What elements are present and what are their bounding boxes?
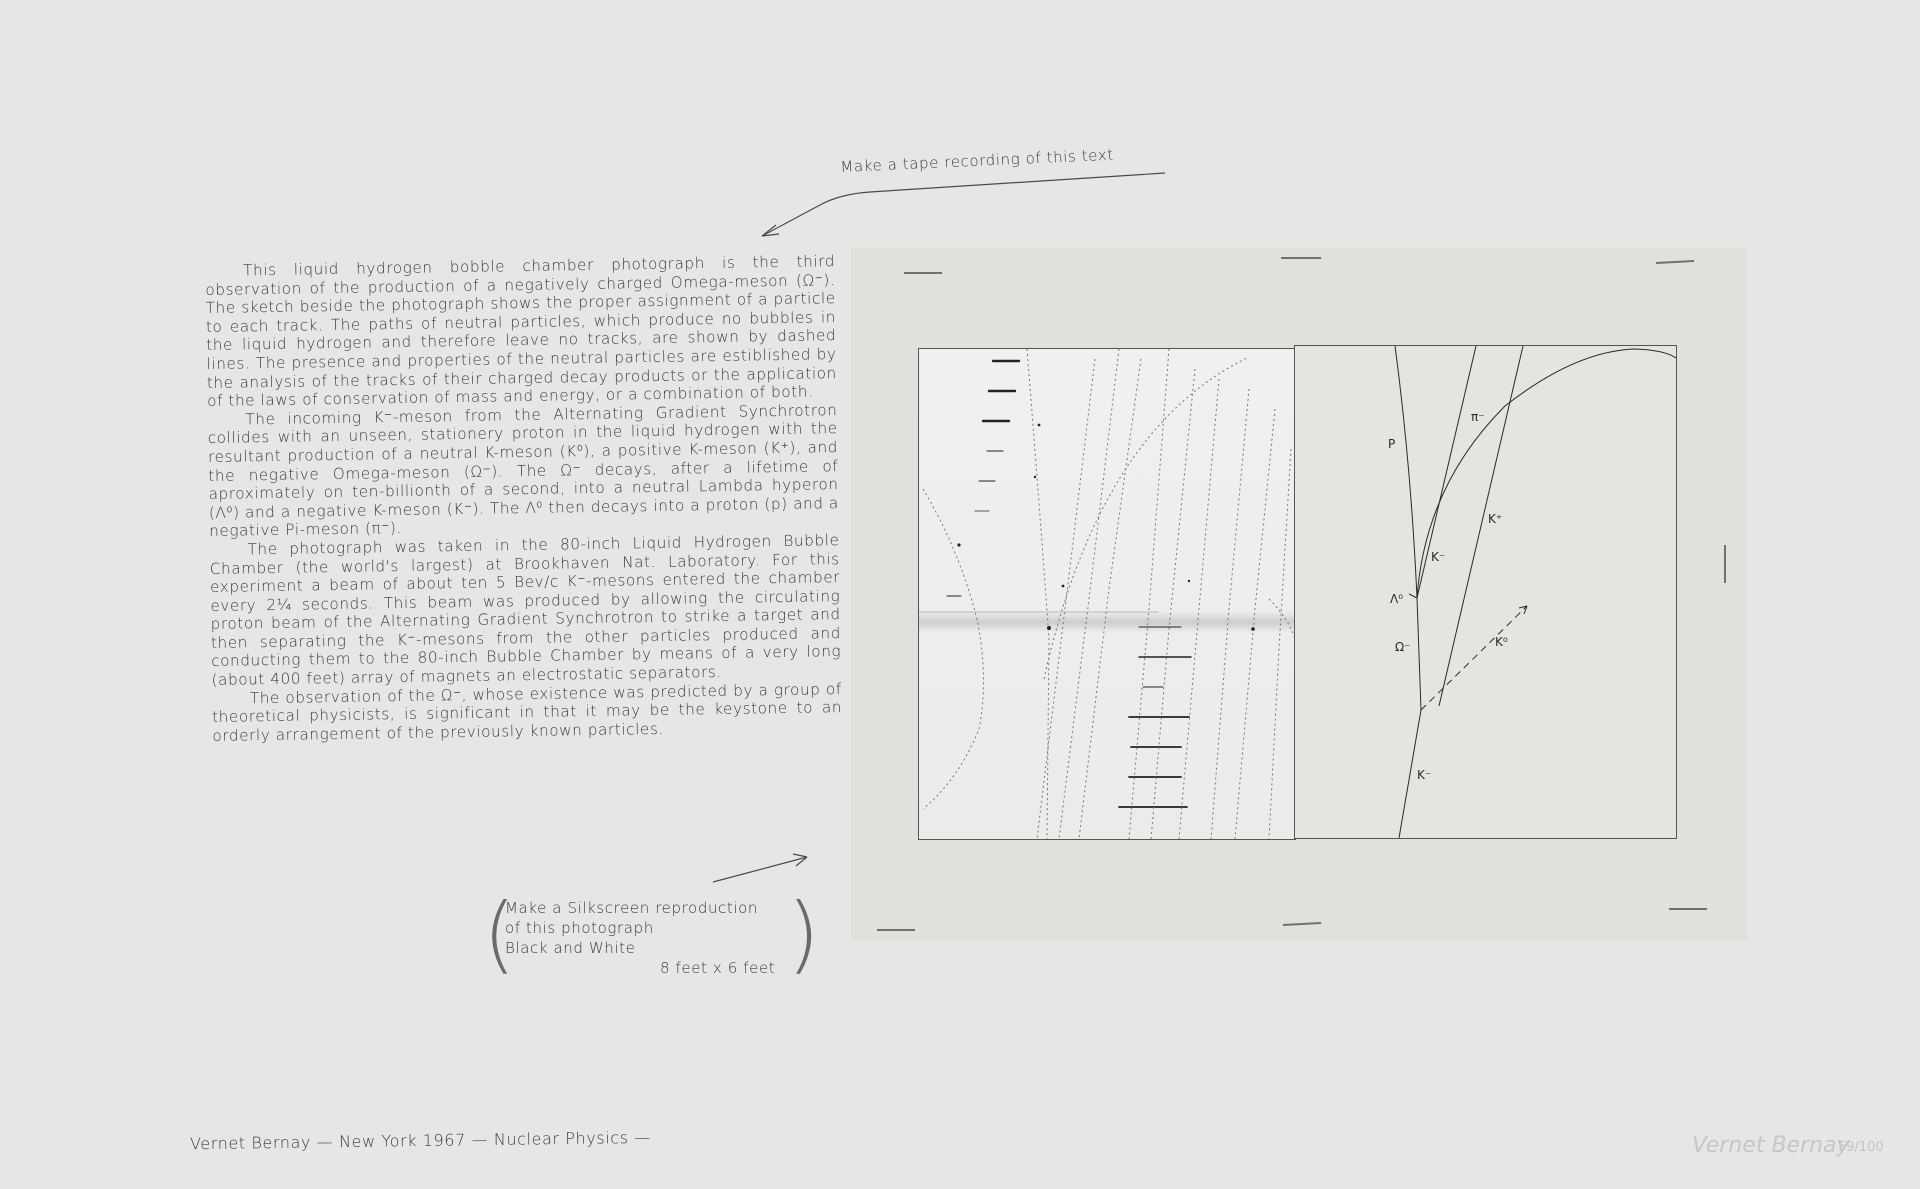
silkscreen-line-2: of this photograph (505, 918, 785, 938)
paragraph-photograph: The photograph was taken in the 80-inch … (209, 531, 841, 690)
pi-minus-track (1417, 349, 1676, 598)
artist-signature: Vernet Bernay (1692, 1133, 1850, 1158)
track-assignment-sketch: P π⁻ K⁺ K⁻ Λ⁰ Ω⁻ K⁰ K⁻ (1294, 345, 1677, 839)
label-pi-minus: π⁻ (1471, 410, 1485, 424)
label-k-plus: K⁺ (1488, 512, 1502, 526)
edition-number: 59/100 (1838, 1140, 1884, 1155)
silkscreen-size: 8 feet x 6 feet (505, 958, 785, 978)
tape-arrow-icon (762, 173, 1165, 236)
registration-mark (904, 272, 942, 274)
left-parenthesis: ( (483, 892, 516, 976)
right-parenthesis: ) (787, 892, 820, 976)
label-omega-minus: Ω⁻ (1395, 640, 1411, 654)
handwritten-text-block: This liquid hydrogen bobble chamber phot… (205, 252, 843, 745)
omega-minus-track (1417, 598, 1421, 710)
label-k0: K⁰ (1495, 635, 1508, 649)
tape-recording-note: Make a tape recording of this text (840, 146, 1114, 176)
silkscreen-arrow-icon (713, 854, 807, 882)
label-lambda0: Λ⁰ (1390, 592, 1403, 606)
proton-track (1395, 346, 1417, 598)
registration-mark (877, 929, 915, 931)
label-k-minus-upper: K⁻ (1431, 550, 1445, 564)
silkscreen-note: ( Make a Silkscreen reproduction of this… (505, 898, 785, 978)
k0-neutral-path (1421, 606, 1527, 710)
footer-caption: Vernet Bernay — New York 1967 — Nuclear … (190, 1128, 651, 1153)
particle-tracks-photo (919, 349, 1295, 839)
registration-mark (1656, 260, 1694, 263)
silkscreen-line-3: Black and White (505, 938, 785, 958)
label-proton: P (1388, 437, 1395, 451)
k-plus-track (1439, 346, 1523, 706)
paragraph-intro: This liquid hydrogen bobble chamber phot… (205, 252, 837, 411)
registration-mark (1669, 908, 1707, 910)
label-k-minus-lower: K⁻ (1417, 768, 1431, 782)
k-minus-decay-track (1417, 346, 1476, 598)
registration-mark (1724, 545, 1726, 583)
registration-mark (1281, 257, 1321, 259)
registration-mark (1283, 922, 1321, 925)
bubble-chamber-photograph (918, 348, 1296, 840)
particle-tracks-diagram: P π⁻ K⁺ K⁻ Λ⁰ Ω⁻ K⁰ K⁻ (1295, 346, 1676, 838)
silkscreen-line-1: Make a Silkscreen reproduction (505, 898, 785, 918)
paragraph-collision: The incoming K⁻-meson from the Alternati… (207, 401, 839, 541)
paragraph-significance: The observation of the Ω⁻, whose existen… (212, 680, 843, 746)
